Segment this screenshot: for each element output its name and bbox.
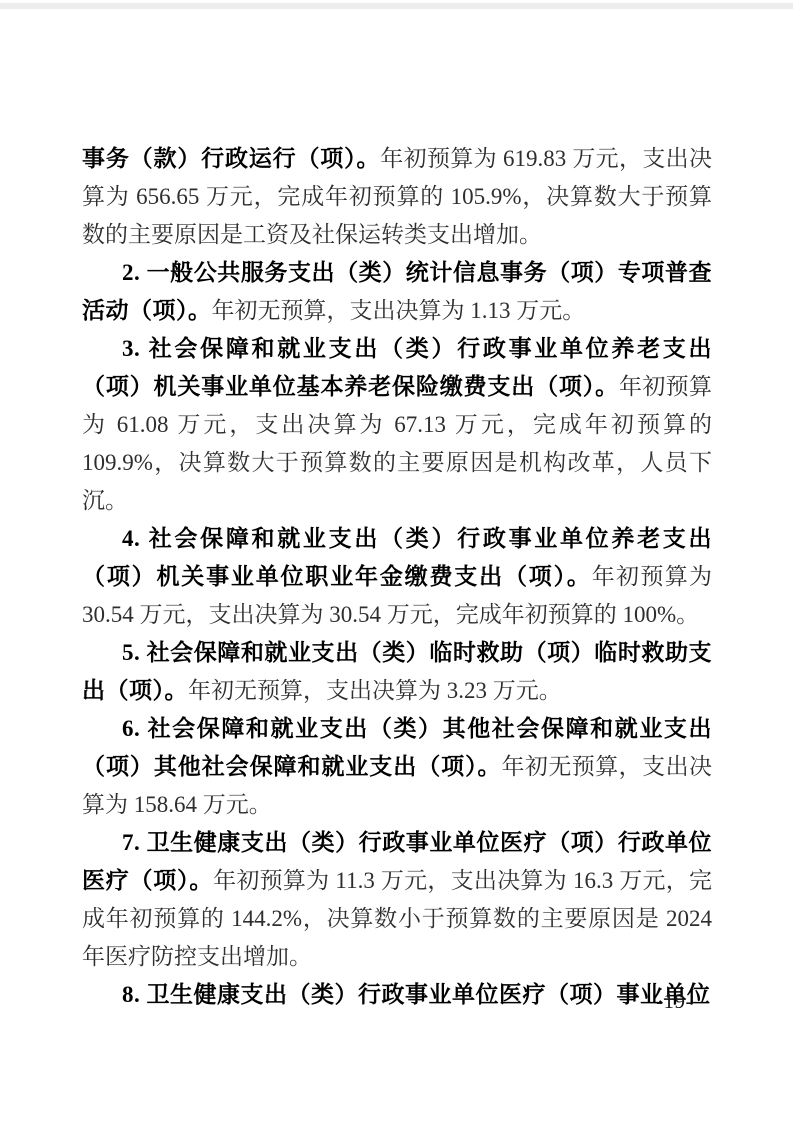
paragraph-heading: 8. 卫生健康支出（类）行政事业单位医疗（项）事业单位 — [122, 982, 711, 1007]
document-page: 事务（款）行政运行（项）。年初预算为 619.83 万元，支出决算为 656.6… — [0, 0, 793, 1122]
paragraph-text: 年初无预算，支出决算为 1.13 万元。 — [212, 298, 586, 323]
paragraph-heading: 事务（款）行政运行（项）。 — [82, 146, 380, 171]
paragraph-item-3: 3. 社会保障和就业支出（类）行政事业单位养老支出（项）机关事业单位基本养老保险… — [82, 330, 712, 520]
paragraph-item-5: 5. 社会保障和就业支出（类）临时救助（项）临时救助支出（项）。年初无预算，支出… — [82, 634, 712, 710]
paragraph-item-6: 6. 社会保障和就业支出（类）其他社会保障和就业支出（项）其他社会保障和就业支出… — [82, 710, 712, 824]
paragraph-continuation: 事务（款）行政运行（项）。年初预算为 619.83 万元，支出决算为 656.6… — [82, 140, 712, 254]
page-number: -19- — [656, 989, 693, 1013]
paragraph-item-2: 2. 一般公共服务支出（类）统计信息事务（项）专项普查活动（项）。年初无预算，支… — [82, 254, 712, 330]
paragraph-item-7: 7. 卫生健康支出（类）行政事业单位医疗（项）行政单位医疗（项）。年初预算为 1… — [82, 824, 712, 976]
paragraph-text: 年初无预算，支出决算为 3.23 万元。 — [188, 678, 562, 703]
paragraph-item-4: 4. 社会保障和就业支出（类）行政事业单位养老支出（项）机关事业单位职业年金缴费… — [82, 520, 712, 634]
paragraph-heading: 3. 社会保障和就业支出（类）行政事业单位养老支出（项）机关事业单位基本养老保险… — [82, 336, 712, 399]
page-body: 事务（款）行政运行（项）。年初预算为 619.83 万元，支出决算为 656.6… — [82, 140, 712, 1014]
paragraph-item-8: 8. 卫生健康支出（类）行政事业单位医疗（项）事业单位 — [82, 976, 712, 1014]
scan-artifact-line — [0, 3, 793, 9]
